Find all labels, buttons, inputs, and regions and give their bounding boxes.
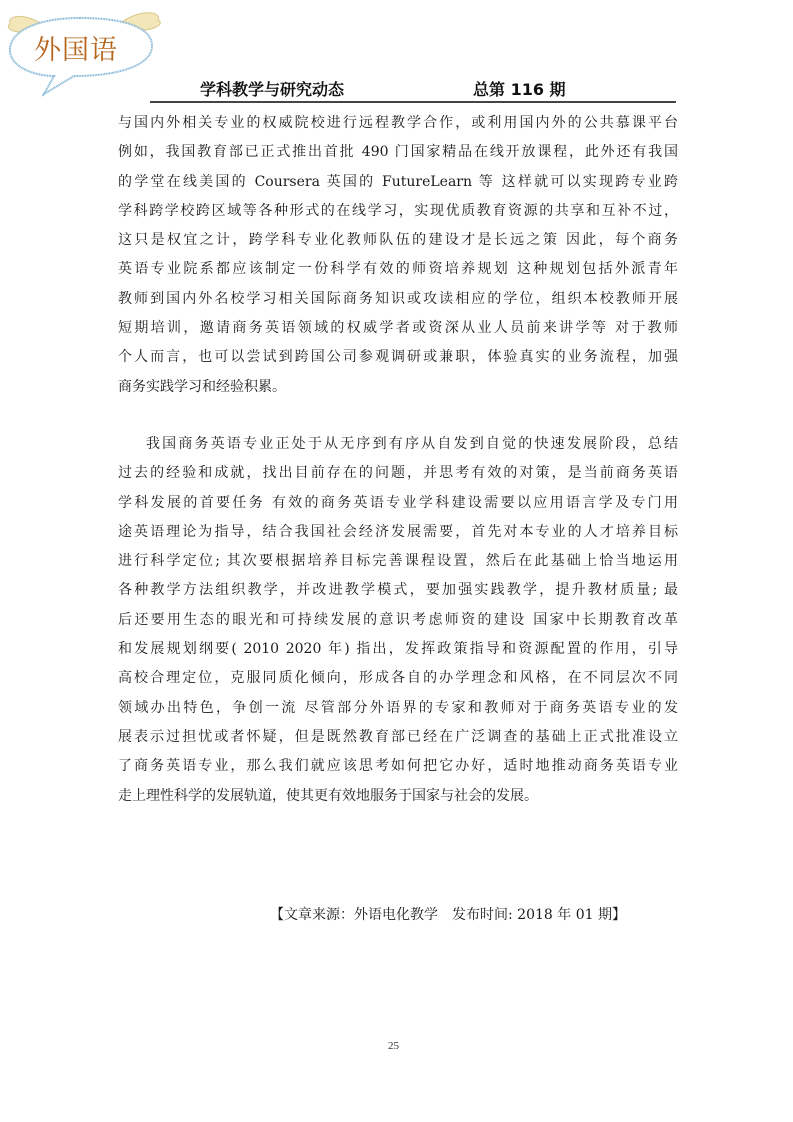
page-number: 25 xyxy=(388,1040,399,1052)
text-line: 这只是权宜之计，跨学科专业化教师队伍的建设才是长远之策 因此，每个商务 xyxy=(118,226,678,255)
text-line: 过去的经验和成就，找出目前存在的问题，并思考有效的对策，是当前商务英语 xyxy=(118,459,678,488)
text-line: 个人而言，也可以尝试到跨国公司参观调研或兼职，体验真实的业务流程，加强 xyxy=(118,343,678,372)
text-line: 教师到国内外名校学习相关国际商务知识或攻读相应的学位，组织本校教师开展 xyxy=(118,285,678,314)
journal-title: 学科教学与研究动态 xyxy=(200,77,344,100)
logo-text: 外国语 xyxy=(34,28,118,67)
text-line: 领域办出特色，争创一流 尽管部分外语界的专家和教师对于商务英语专业的发 xyxy=(118,694,678,723)
text-line: 学科发展的首要任务 有效的商务英语专业学科建设需要以应用语言学及专门用 xyxy=(118,489,678,518)
text-line: 各种教学方法组织教学，并改进教学模式，要加强实践教学，提升教材质量; 最 xyxy=(118,576,678,605)
text-line: 展表示过担忧或者怀疑，但是既然教育部已经在广泛调查的基础上正式批准设立 xyxy=(118,723,678,752)
text-line: 商务实践学习和经验积累。 xyxy=(118,373,678,402)
text-line: 的学堂在线美国的 Coursera 英国的 FutureLearn 等 这样就可… xyxy=(118,168,678,197)
text-line: 与国内外相关专业的权威院校进行远程教学合作，或利用国内外的公共慕课平台 xyxy=(118,109,678,138)
text-line: 例如，我国教育部已正式推出首批 490 门国家精品在线开放课程，此外还有我国 xyxy=(118,138,678,167)
text-line: 途英语理论为指导，结合我国社会经济发展需要，首先对本专业的人才培养目标 xyxy=(118,518,678,547)
text-line: 我国商务英语专业正处于从无序到有序从自发到自觉的快速发展阶段，总结 xyxy=(118,430,678,459)
text-line: 学科跨学校跨区域等各种形式的在线学习，实现优质教育资源的共享和互补不过， xyxy=(118,197,678,226)
header-rule xyxy=(150,101,676,103)
issue-number: 总第 116 期 xyxy=(473,77,566,100)
paragraph-1: 与国内外相关专业的权威院校进行远程教学合作，或利用国内外的公共慕课平台 例如，我… xyxy=(118,109,678,402)
text-line: 后还要用生态的眼光和可持续发展的意识考虑师资的建设 国家中长期教育改革 xyxy=(118,606,678,635)
text-line: 高校合理定位，克服同质化倾向，形成各自的办学理念和风格，在不同层次不同 xyxy=(118,664,678,693)
text-line: 进行科学定位; 其次要根据培养目标完善课程设置，然后在此基础上恰当地运用 xyxy=(118,547,678,576)
text-line: 了商务英语专业，那么我们就应该思考如何把它办好，适时地推动商务英语专业 xyxy=(118,752,678,781)
paragraph-2: 我国商务英语专业正处于从无序到有序从自发到自觉的快速发展阶段，总结 过去的经验和… xyxy=(118,430,678,811)
text-line: 和发展规划纲要( 2010 2020 年) 指出，发挥政策指导和资源配置的作用，… xyxy=(118,635,678,664)
article-source: 【文章来源：外语电化教学 发布时间: 2018 年 01 期】 xyxy=(270,904,626,924)
text-line: 走上理性科学的发展轨道，使其更有效地服务于国家与社会的发展。 xyxy=(118,782,678,811)
running-header: 学科教学与研究动态 总第 116 期 xyxy=(0,77,793,101)
text-line: 短期培训，邀请商务英语领域的权威学者或资深从业人员前来讲学等 对于教师 xyxy=(118,314,678,343)
text-line: 英语专业院系都应该制定一份科学有效的师资培养规划 这种规划包括外派青年 xyxy=(118,255,678,284)
